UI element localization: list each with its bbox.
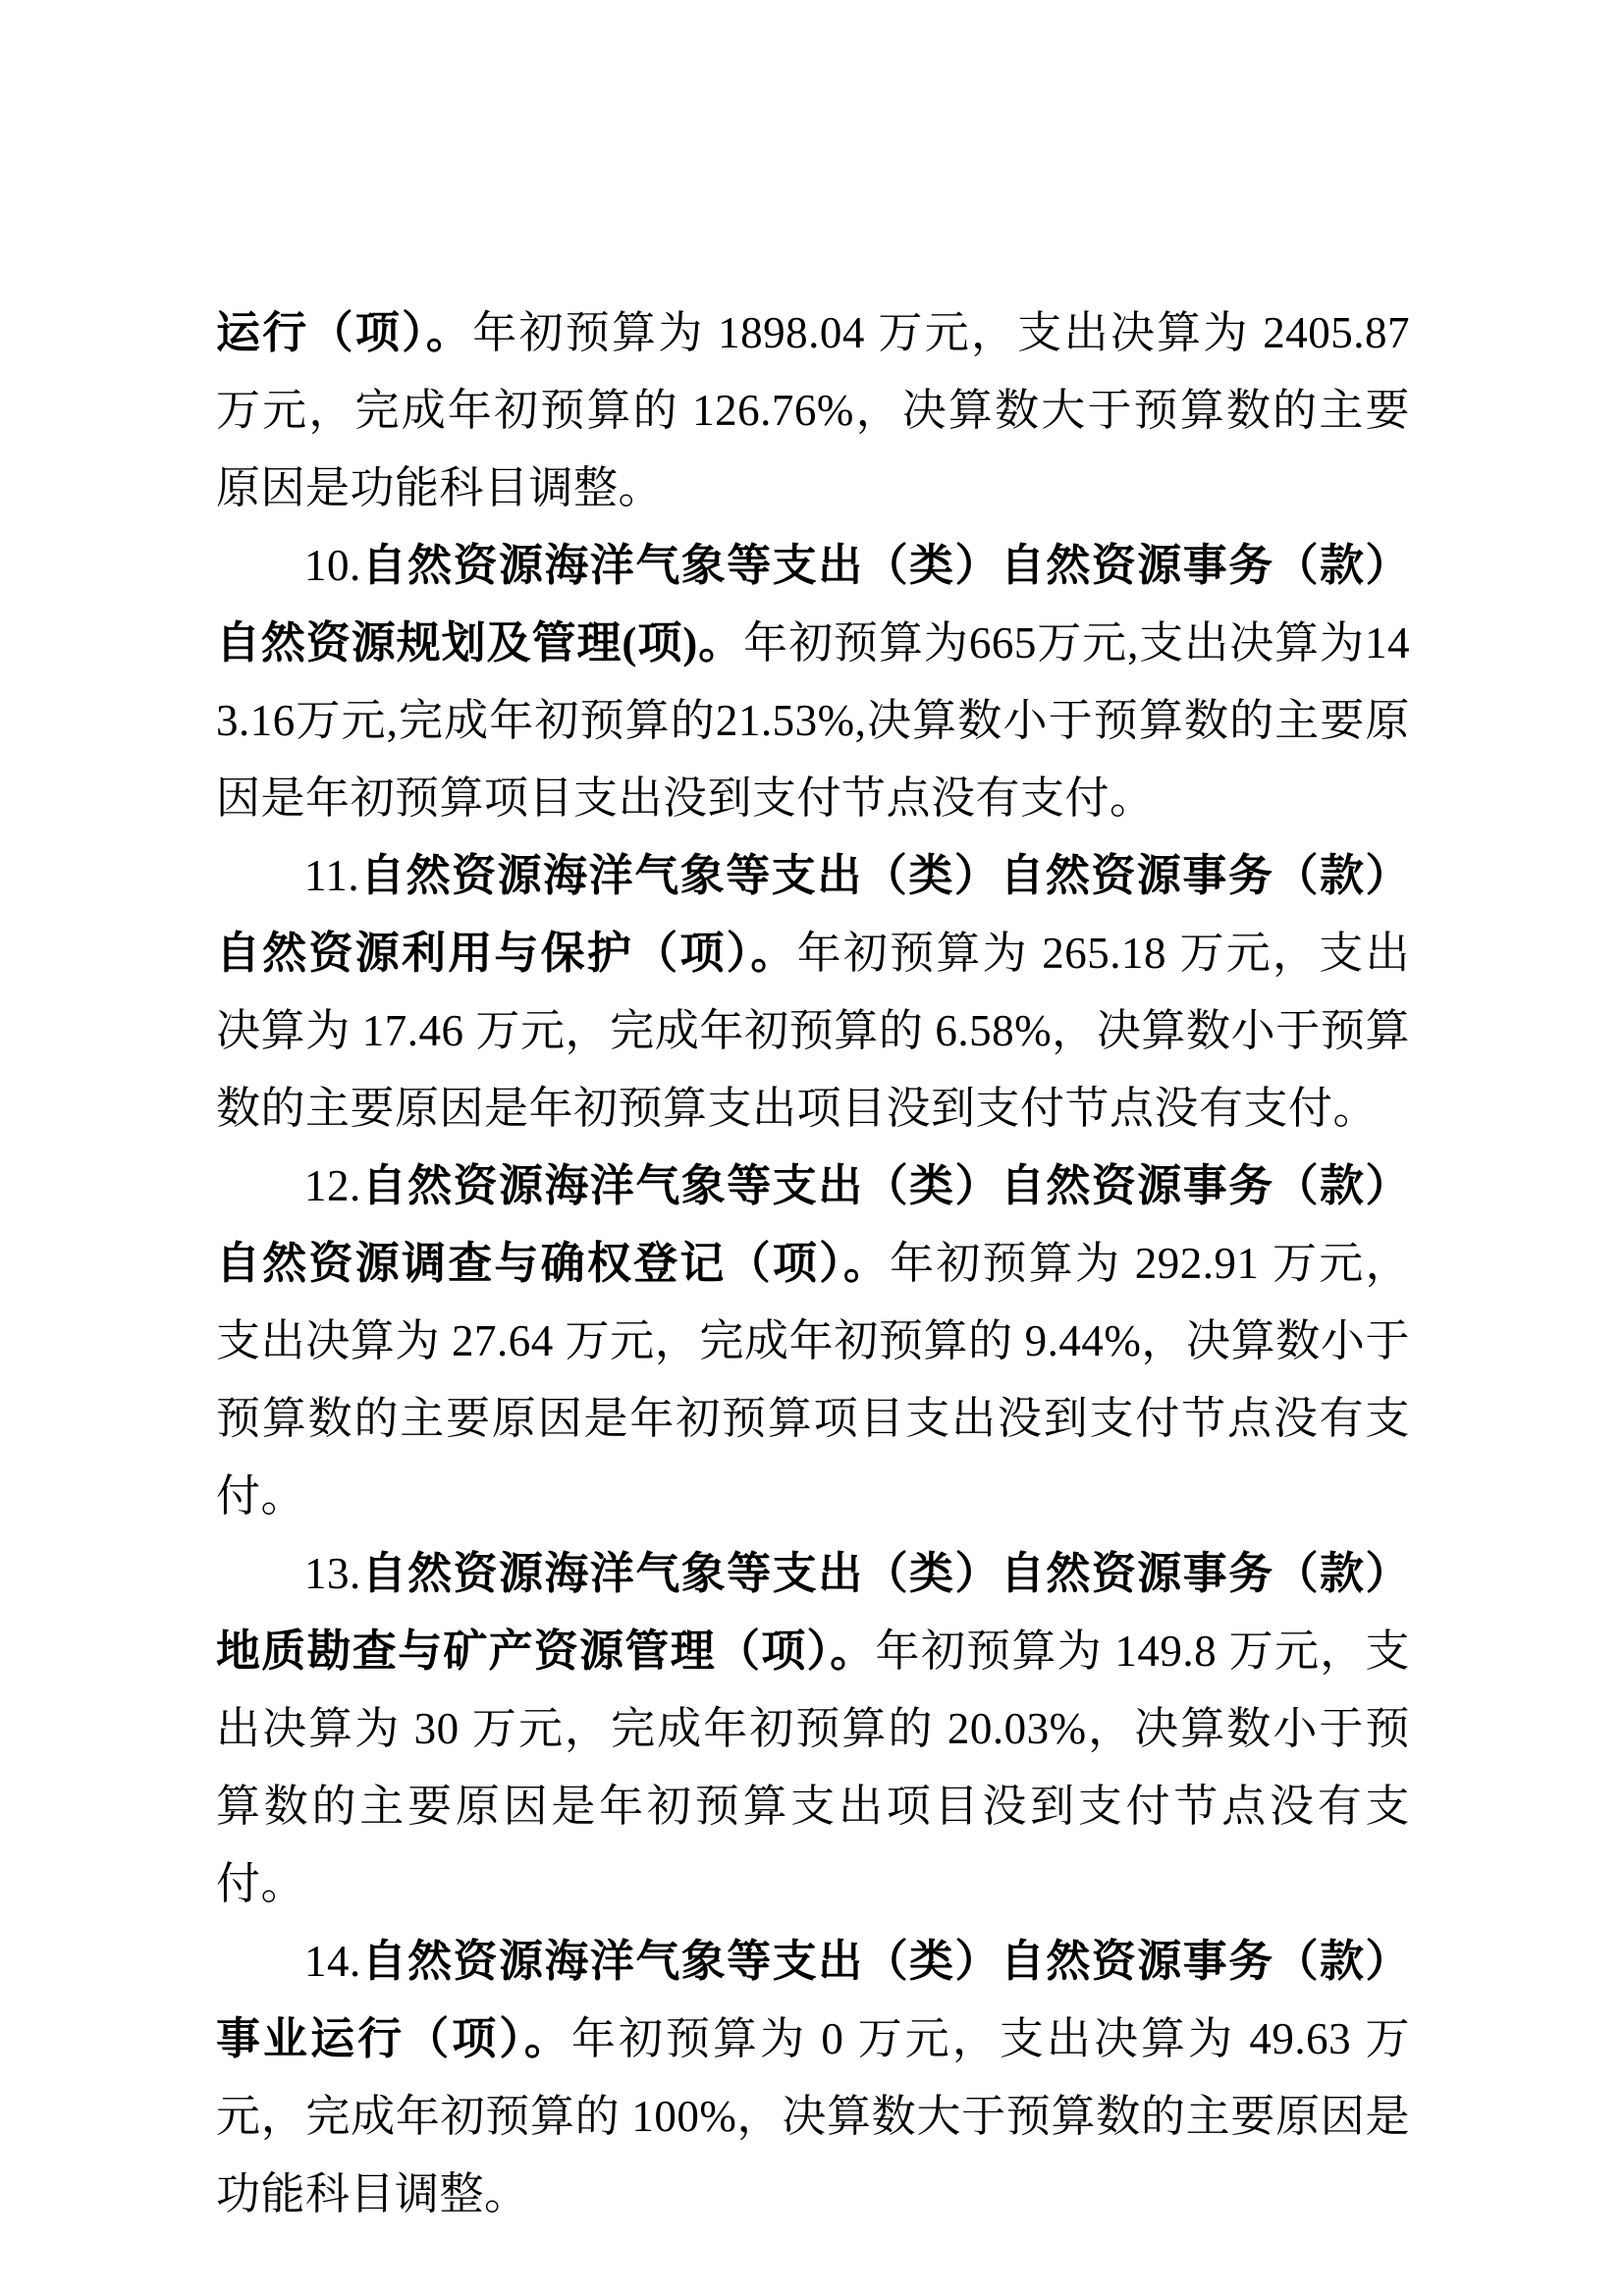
paragraph-number: 11. [304, 851, 359, 900]
paragraph-number: 13. [304, 1549, 361, 1598]
document-page: 运行（项）。年初预算为 1898.04 万元，支出决算为 2405.87 万元，… [0, 0, 1624, 2296]
paragraph-11: 11.自然资源海洋气象等支出（类）自然资源事务（款）自然资源利用与保护（项）。年… [216, 837, 1410, 1148]
paragraph-title: 运行（项）。 [216, 308, 472, 357]
paragraph-10: 10.自然资源海洋气象等支出（类）自然资源事务（款）自然资源规划及管理(项)。年… [216, 527, 1410, 837]
paragraph-12: 12.自然资源海洋气象等支出（类）自然资源事务（款）自然资源调查与确权登记（项）… [216, 1148, 1410, 1535]
text-content: 运行（项）。年初预算为 1898.04 万元，支出决算为 2405.87 万元，… [216, 294, 1410, 2233]
paragraph-14: 14.自然资源海洋气象等支出（类）自然资源事务（款）事业运行（项）。年初预算为 … [216, 1923, 1410, 2233]
paragraph-number: 14. [304, 1937, 361, 1986]
paragraph-9-continuation: 运行（项）。年初预算为 1898.04 万元，支出决算为 2405.87 万元，… [216, 294, 1410, 527]
paragraph-number: 10. [304, 541, 361, 590]
paragraph-13: 13.自然资源海洋气象等支出（类）自然资源事务（款）地质勘查与矿产资源管理（项）… [216, 1535, 1410, 1923]
paragraph-number: 12. [304, 1161, 361, 1210]
